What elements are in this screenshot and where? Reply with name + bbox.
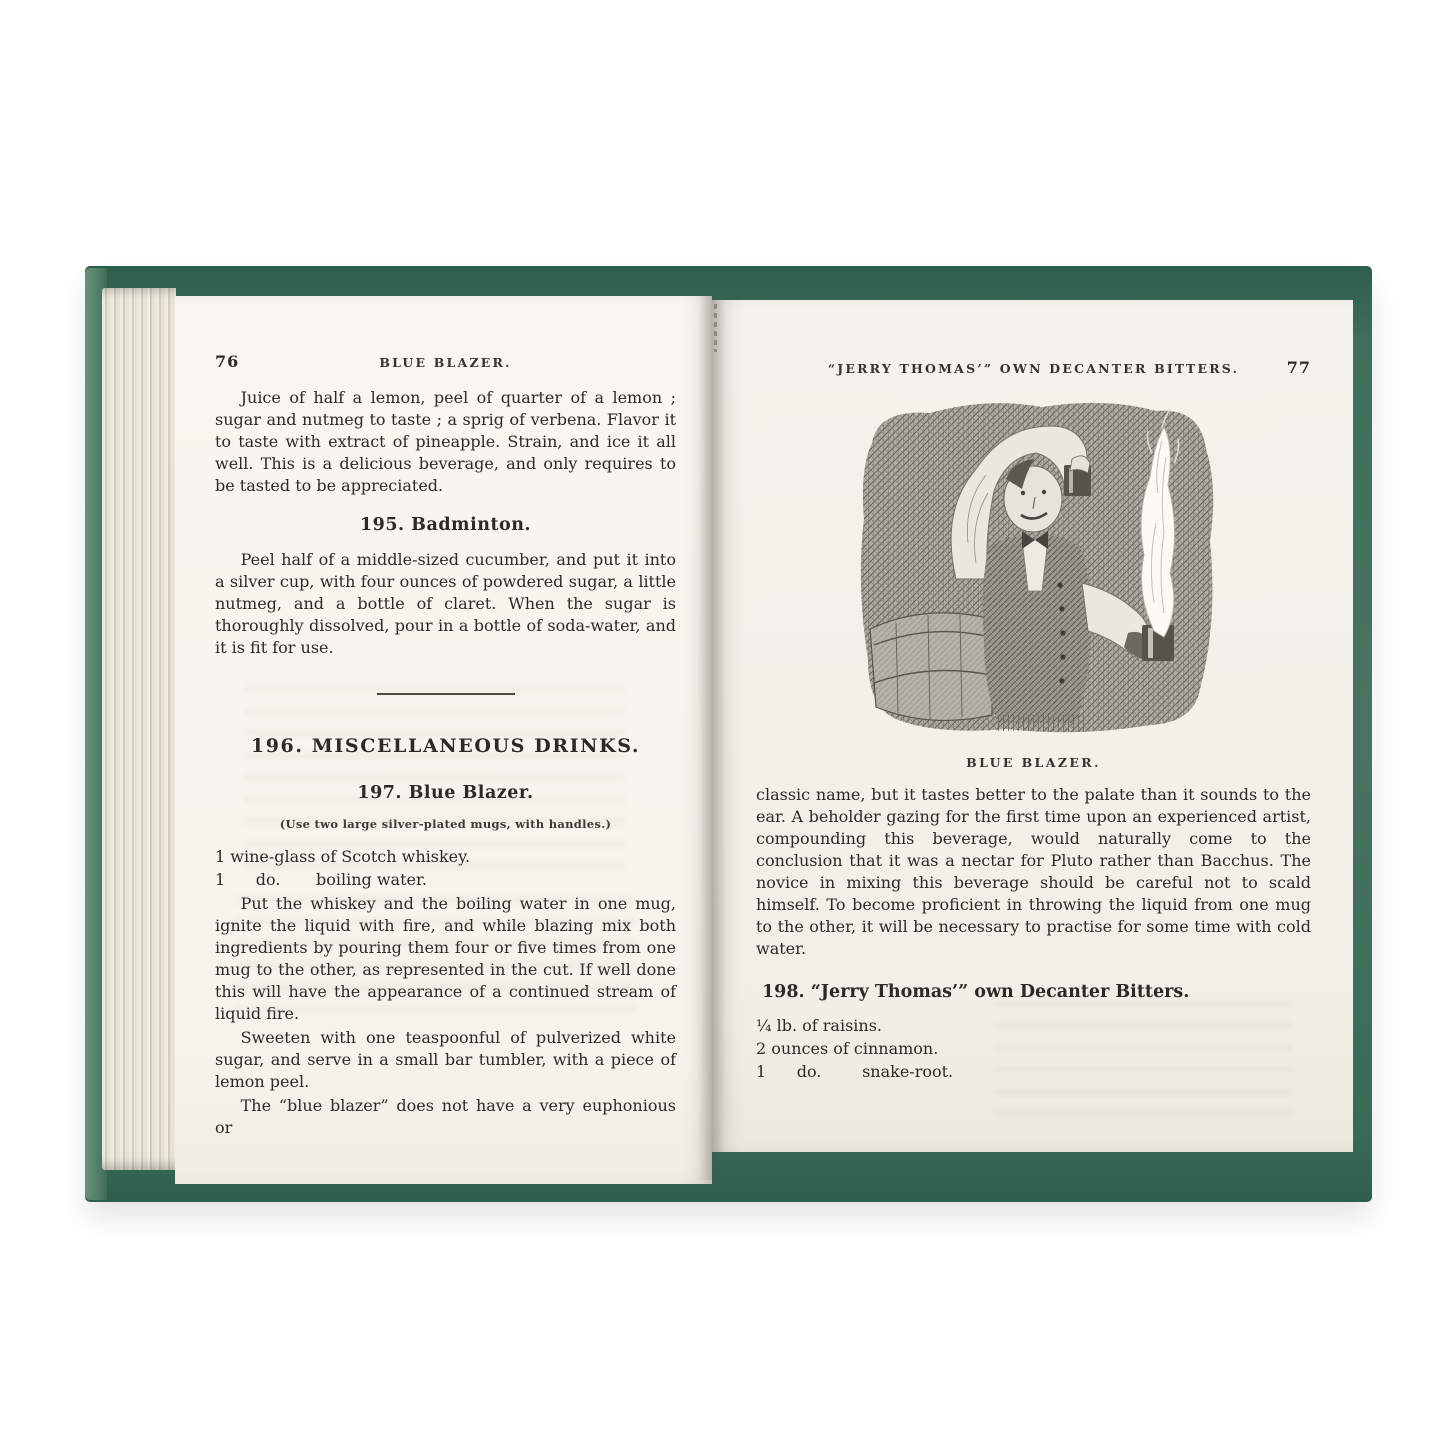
left-page-number: 76 (215, 352, 239, 371)
right-page-number: 77 (1287, 358, 1311, 377)
left-running-head: BLUE BLAZER. (239, 355, 651, 370)
illustration-caption: BLUE BLAZER. (836, 755, 1232, 770)
ingredient-line: 1 do. boiling water. (215, 868, 676, 891)
binding-stitch (714, 304, 717, 352)
open-book: 76 BLUE BLAZER. 00 Juice of half a lemon… (85, 266, 1372, 1202)
blue-blazer-engraving (836, 393, 1232, 745)
heading-198-decanter-bitters: 198. “Jerry Thomas’” own Decanter Bitter… (762, 982, 1311, 1002)
page-right-77: 00 “JERRY THOMAS’” OWN DECANTER BITTERS.… (712, 300, 1353, 1152)
left-page-header: 76 BLUE BLAZER. 00 (215, 352, 676, 371)
paragraph-euphonious: The “blue blazer” does not have a very e… (215, 1095, 676, 1139)
heading-196-miscellaneous-drinks: 196. MISCELLANEOUS DRINKS. (215, 735, 676, 757)
ingredient-line: 1 do. snake-root. (756, 1060, 1311, 1083)
book-gutter (698, 296, 726, 1180)
blue-blazer-illustration: BLUE BLAZER. (836, 393, 1232, 770)
right-page-header: 00 “JERRY THOMAS’” OWN DECANTER BITTERS.… (756, 358, 1311, 377)
paragraph-badminton: Peel half of a middle-sized cucumber, an… (215, 549, 676, 659)
ingredient-line: 2 ounces of cinnamon. (756, 1037, 1311, 1060)
barrels (870, 613, 992, 721)
note-silver-plated-mugs: (Use two large silver-plated mugs, with … (215, 817, 676, 831)
heading-197-blue-blazer: 197. Blue Blazer. (215, 783, 676, 803)
right-running-head: “JERRY THOMAS’” OWN DECANTER BITTERS. (780, 361, 1286, 376)
section-divider-rule (377, 693, 515, 695)
ingredient-line: 1 wine-glass of Scotch whiskey. (215, 845, 676, 868)
paragraph-lemon-recipe: Juice of half a lemon, peel of quarter o… (215, 387, 676, 497)
paragraph-classic-name: classic name, but it tastes better to th… (756, 784, 1311, 960)
paragraph-sweeten: Sweeten with one teaspoonful of pulveriz… (215, 1027, 676, 1093)
ingredient-line: ¼ lb. of raisins. (756, 1014, 1311, 1037)
page-stack-fore-edge (102, 288, 176, 1170)
paragraph-blue-blazer-method: Put the whiskey and the boiling water in… (215, 893, 676, 1025)
heading-195-badminton: 195. Badminton. (215, 515, 676, 535)
page-left-76: 76 BLUE BLAZER. 00 Juice of half a lemon… (175, 296, 712, 1184)
